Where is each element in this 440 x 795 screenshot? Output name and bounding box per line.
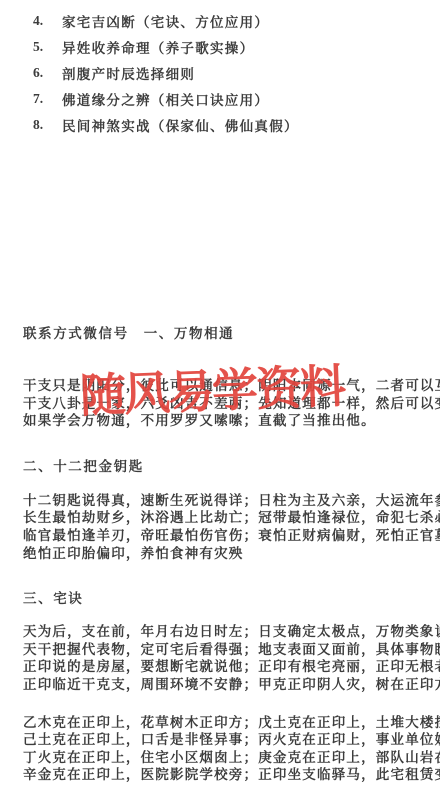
verse-paragraph-wanwu: 干支只是阴阳分，彼此可以通信息；阴阳本同源一气，二者可以互换用 干支八卦是一家，…: [23, 377, 424, 430]
verse-line: 丁火克在正印上，住宅小区烟囱上；庚金克在正印上，部队山岩在其旁: [23, 749, 424, 767]
toc-item-text: 家宅吉凶断（宅诀、方位应用）: [62, 11, 269, 31]
verse-line: 正印说的是房屋，要想断宅就说他；正印有根宅亮丽，正印无根老宅居: [23, 658, 424, 676]
section-one-title: 一、万物相通: [144, 326, 235, 341]
verse-line: 临官最怕逢羊刃，帝旺最怕伤官伤；衰怕正财病偏财，死怕正官墓杀乡: [23, 527, 424, 545]
verse-line: 绝怕正印胎偏印，养怕食神有灾殃: [23, 545, 424, 563]
toc-item: 8. 民间神煞实战（保家仙、佛仙真假）: [0, 112, 440, 138]
verse-paragraph-zhaijue-2: 乙木克在正印上，花草树木正印方；戊土克在正印上，土堆大楼挡阳光 己土克在正印上，…: [23, 714, 424, 784]
verse-line: 干支只是阴阳分，彼此可以通信息；阴阳本同源一气，二者可以互换用: [23, 377, 424, 395]
section-three-title: 三、宅诀: [23, 587, 440, 605]
toc-item-text: 异姓收养命理（养子歌实操）: [62, 37, 254, 57]
verse-line: 己土克在正印上，口舌是非怪异事；丙火克在正印上，事业单位娱乐场: [23, 731, 424, 749]
toc-item-number: 8.: [33, 117, 48, 133]
verse-line: 天干把握代表物，定可宅后看得强；地支表面又面前，具体事物瞧得详: [23, 641, 424, 659]
contact-and-section-header: 联系方式微信号 一、万物相通: [23, 322, 440, 340]
verse-line: 十二钥匙说得真，速断生死说得详；日柱为主及六亲，大运流年参考强: [23, 492, 424, 510]
verse-line: 辛金克在正印上，医院影院学校旁；正印坐支临驿马，此宅租赁变化大: [23, 766, 424, 784]
verse-line: 天为后，支在前，年月右边日时左；日支确定太极点，万物类象说端详: [23, 623, 424, 641]
contact-label: 联系方式微信号: [23, 326, 129, 341]
verse-line: 乙木克在正印上，花草树木正印方；戊土克在正印上，土堆大楼挡阳光: [23, 714, 424, 732]
verse-line: 长生最怕劫财乡，沐浴遇上比劫亡；冠带最怕逢禄位，命犯七杀必夭亡: [23, 509, 424, 527]
toc-item-number: 5.: [33, 39, 48, 55]
toc-item-number: 7.: [33, 91, 48, 107]
toc-item-number: 4.: [33, 13, 48, 29]
toc-item-text: 剖腹产时辰选择细则: [62, 63, 195, 83]
verse-line: 如果学会万物通，不用罗罗又嗦嗦；直截了当推出他。: [23, 412, 424, 430]
verse-paragraph-keys: 十二钥匙说得真，速断生死说得详；日柱为主及六亲，大运流年参考强 长生最怕劫财乡，…: [23, 492, 424, 562]
toc-item-text: 民间神煞实战（保家仙、佛仙真假）: [62, 115, 299, 135]
verse-line: 干支八卦是一家，六爻凶吉不差两；先知道理都一样，然后可以变化加: [23, 395, 424, 413]
toc-item-number: 6.: [33, 65, 48, 81]
toc-item: 5. 异姓收养命理（养子歌实操）: [0, 34, 440, 60]
document-page: 4. 家宅吉凶断（宅诀、方位应用） 5. 异姓收养命理（养子歌实操） 6. 剖腹…: [0, 0, 440, 795]
toc-item: 7. 佛道缘分之辨（相关口诀应用）: [0, 86, 440, 112]
toc-item-text: 佛道缘分之辨（相关口诀应用）: [62, 89, 269, 109]
toc-list: 4. 家宅吉凶断（宅诀、方位应用） 5. 异姓收养命理（养子歌实操） 6. 剖腹…: [0, 0, 440, 138]
toc-item: 4. 家宅吉凶断（宅诀、方位应用）: [0, 8, 440, 34]
verse-paragraph-zhaijue-1: 天为后，支在前，年月右边日时左；日支确定太极点，万物类象说端详 天干把握代表物，…: [23, 623, 424, 693]
toc-item: 6. 剖腹产时辰选择细则: [0, 60, 440, 86]
section-two-title: 二、十二把金钥匙: [23, 455, 440, 473]
verse-line: 正印临近干克支，周围环境不安静；甲克正印阴人灾，树在正印方位落: [23, 676, 424, 694]
